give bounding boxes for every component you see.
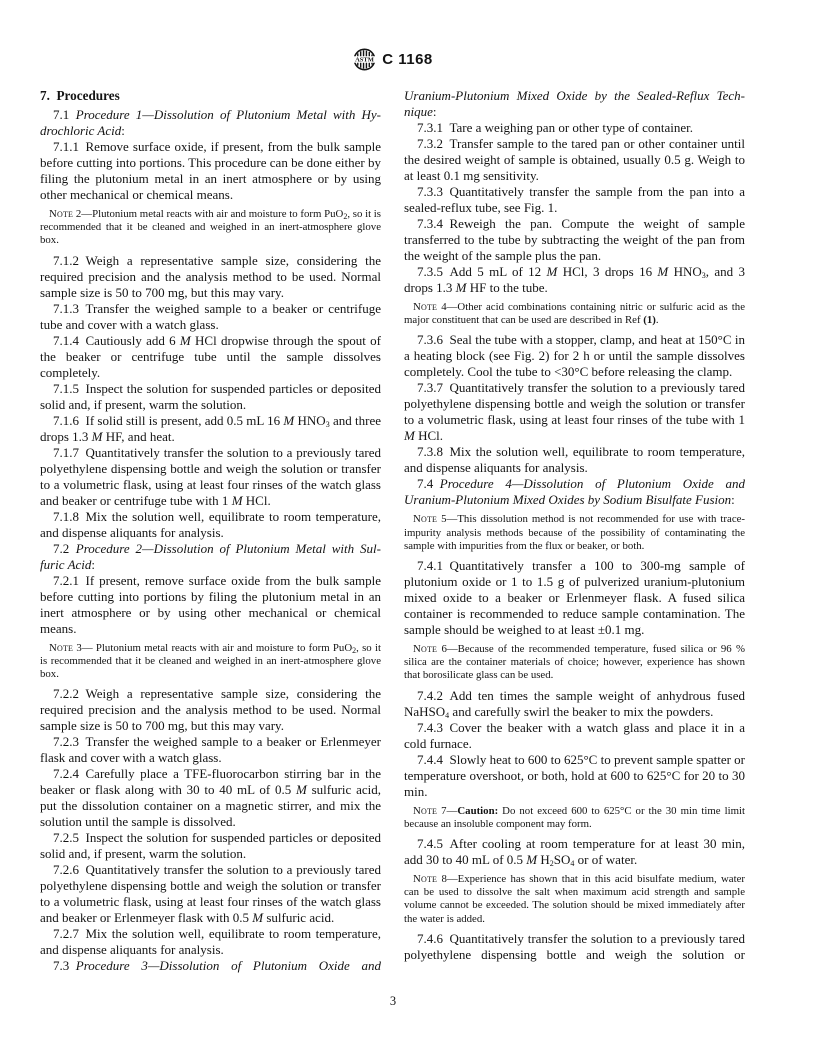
- left-column: 7. Procedures7.1 Procedure 1—Dissolution…: [40, 88, 381, 974]
- clause-7-3-2: 7.3.2 Transfer sample to the tared pan o…: [404, 136, 745, 184]
- procedure-heading-7-4: 7.4 Procedure 4—Dissolution of Plutonium…: [404, 476, 745, 508]
- clause-7-4-2: 7.4.2 Add ten times the sample weight of…: [404, 688, 745, 720]
- clause-7-3-8: 7.3.8 Mix the solution well, equilibrate…: [404, 444, 745, 476]
- note-3: Note 3— Plutonium metal reacts with air …: [40, 642, 381, 682]
- clause-7-3-3: 7.3.3 Quantitatively transfer the sample…: [404, 184, 745, 216]
- clause-7-3-7: 7.3.7 Quantitatively transfer the soluti…: [404, 380, 745, 444]
- clause-7-1-4: 7.1.4 Cautiously add 6 M HCl dropwise th…: [40, 333, 381, 381]
- procedure-heading-7-2: 7.2 Procedure 2—Dissolution of Plutonium…: [40, 541, 381, 573]
- standard-designation: C 1168: [382, 51, 433, 68]
- clause-7-1-2: 7.1.2 Weigh a representative sample size…: [40, 253, 381, 301]
- clause-7-1-6: 7.1.6 If solid still is present, add 0.5…: [40, 413, 381, 445]
- clause-7-2-7: 7.2.7 Mix the solution well, equilibrate…: [40, 926, 381, 958]
- procedure-heading-7-3: 7.3 Procedure 3—Dissolution of Plutonium…: [40, 958, 381, 974]
- clause-7-1-1: 7.1.1 Remove surface oxide, if present, …: [40, 139, 381, 203]
- note-2: Note 2—Plutonium metal reacts with air a…: [40, 208, 381, 248]
- clause-7-4-3: 7.4.3 Cover the beaker with a watch glas…: [404, 720, 745, 752]
- clause-7-4-6: 7.4.6 Quantitatively transfer the soluti…: [404, 931, 745, 963]
- document-header: ASTM C 1168: [40, 48, 746, 71]
- clause-7-1-7: 7.1.7 Quantitatively transfer the soluti…: [40, 445, 381, 509]
- clause-7-3-6: 7.3.6 Seal the tube with a stopper, clam…: [404, 332, 745, 380]
- procedure-heading-7-3-continued: Uranium-Plutonium Mixed Oxide by the Sea…: [404, 88, 745, 120]
- note-5: Note 5—This dissolution method is not re…: [404, 513, 745, 553]
- note-8: Note 8—Experience has shown that in this…: [404, 873, 745, 926]
- document-page: ASTM C 1168 7. Procedures7.1 Procedure 1…: [0, 0, 816, 1056]
- clause-7-2-3: 7.2.3 Transfer the weighed sample to a b…: [40, 734, 381, 766]
- procedure-heading-7-1: 7.1 Procedure 1—Dissolution of Plutonium…: [40, 107, 381, 139]
- section-heading: 7. Procedures: [40, 88, 381, 104]
- clause-7-2-4: 7.2.4 Carefully place a TFE-fluorocarbon…: [40, 766, 381, 830]
- clause-7-2-5: 7.2.5 Inspect the solution for suspended…: [40, 830, 381, 862]
- clause-7-2-2: 7.2.2 Weigh a representative sample size…: [40, 686, 381, 734]
- clause-7-4-5: 7.4.5 After cooling at room temperature …: [404, 836, 745, 868]
- clause-7-4-4: 7.4.4 Slowly heat to 600 to 625°C to pre…: [404, 752, 745, 800]
- right-column: Uranium-Plutonium Mixed Oxide by the Sea…: [404, 88, 745, 974]
- clause-7-1-3: 7.1.3 Transfer the weighed sample to a b…: [40, 301, 381, 333]
- svg-text:ASTM: ASTM: [355, 57, 374, 64]
- clause-7-1-5: 7.1.5 Inspect the solution for suspended…: [40, 381, 381, 413]
- clause-7-3-1: 7.3.1 Tare a weighing pan or other type …: [404, 120, 745, 136]
- page-number: 3: [40, 994, 746, 1009]
- clause-7-3-5: 7.3.5 Add 5 mL of 12 M HCl, 3 drops 16 M…: [404, 264, 745, 296]
- text-columns: 7. Procedures7.1 Procedure 1—Dissolution…: [40, 88, 746, 974]
- astm-logo-icon: ASTM: [353, 48, 376, 71]
- note-7: Note 7—Caution: Do not exceed 600 to 625…: [404, 805, 745, 831]
- note-4: Note 4—Other acid combinations containin…: [404, 301, 745, 327]
- clause-7-3-4: 7.3.4 Reweigh the pan. Compute the weigh…: [404, 216, 745, 264]
- clause-7-4-1: 7.4.1 Quantitatively transfer a 100 to 3…: [404, 558, 745, 638]
- clause-7-2-1: 7.2.1 If present, remove surface oxide f…: [40, 573, 381, 637]
- clause-7-1-8: 7.1.8 Mix the solution well, equilibrate…: [40, 509, 381, 541]
- clause-7-2-6: 7.2.6 Quantitatively transfer the soluti…: [40, 862, 381, 926]
- note-6: Note 6—Because of the recommended temper…: [404, 643, 745, 683]
